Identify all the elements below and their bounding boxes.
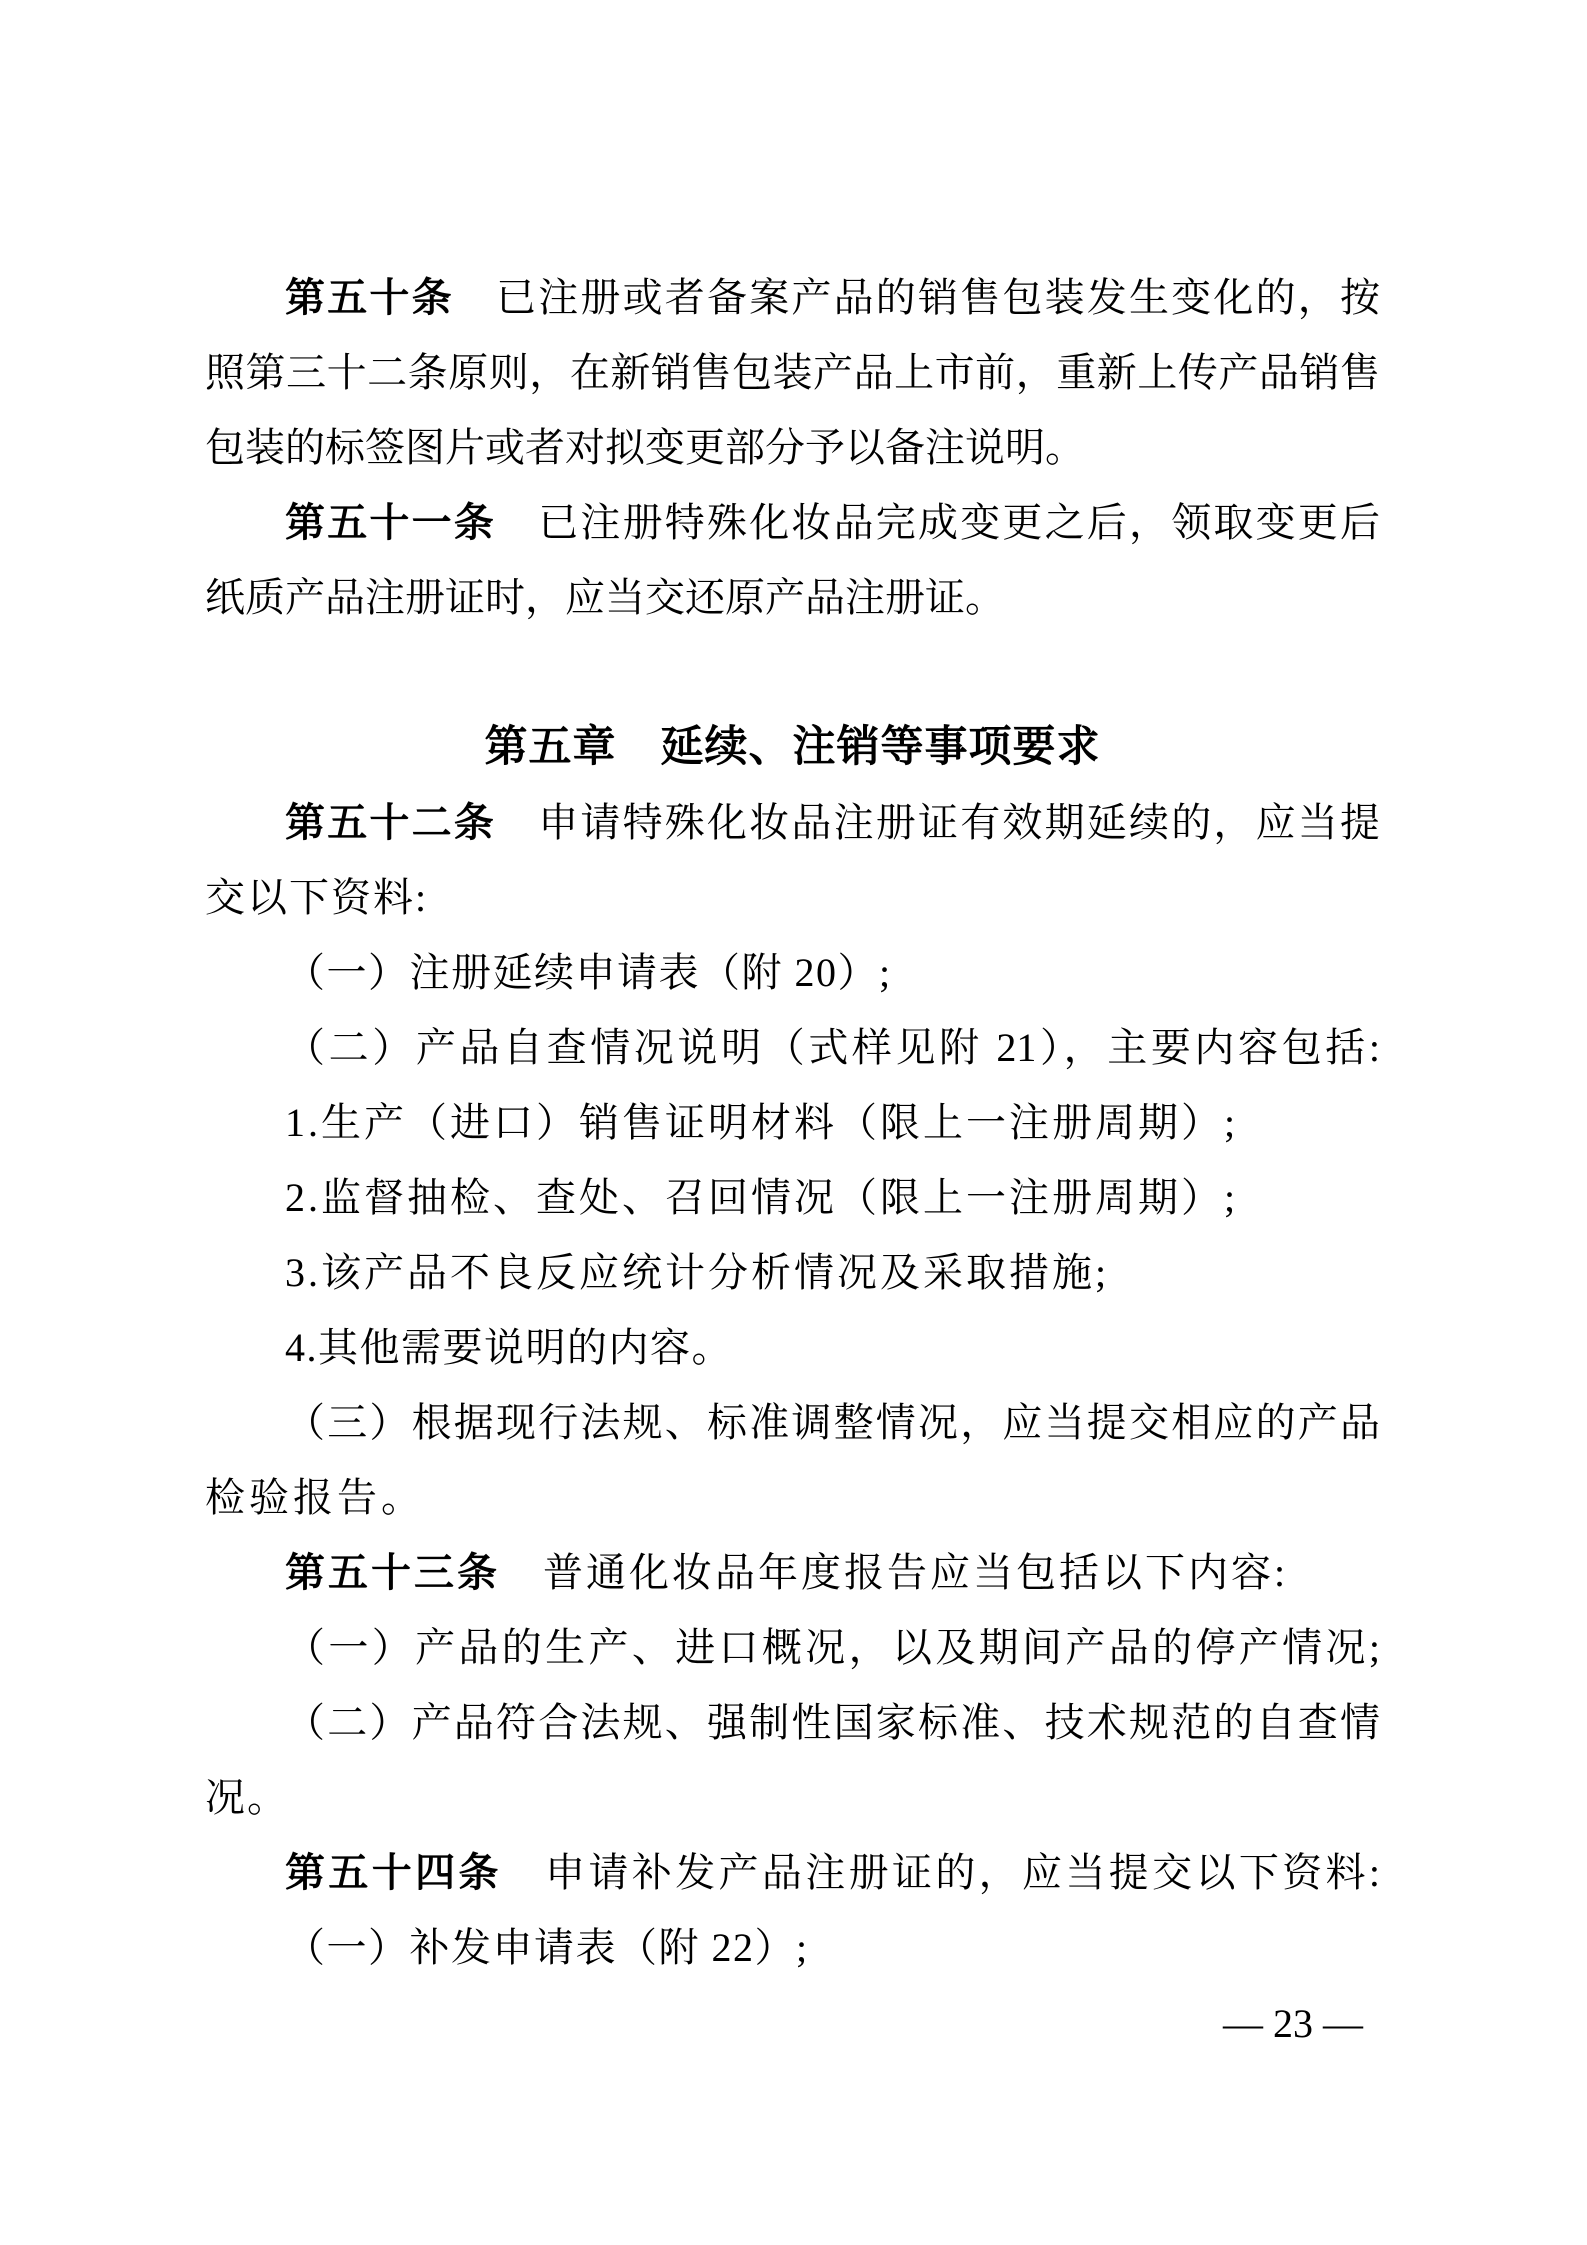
page-number: — 23 — [1223,2001,1363,2046]
document-line: 检验报告。 [205,1460,1380,1535]
line-text: 3.该产品不良反应统计分析情况及采取措施; [285,1250,1109,1295]
document-line: 第五十二条 申请特殊化妆品注册证有效期延续的，应当提 [205,785,1380,860]
blank-line [205,635,1380,710]
document-line: 况。 [205,1760,1380,1835]
document-line: 第五十一条 已注册特殊化妆品完成变更之后，领取变更后 [205,485,1380,560]
page-footer: — 23 — [1223,2002,1363,2046]
article-number: 第五十三条 [285,1550,500,1595]
document-line: 1.生产（进口）销售证明材料（限上一注册周期）; [205,1085,1380,1160]
document-line: （三）根据现行法规、标准调整情况，应当提交相应的产品 [205,1385,1380,1460]
document-line: 3.该产品不良反应统计分析情况及采取措施; [205,1235,1380,1310]
line-text: 检验报告。 [205,1475,425,1520]
line-text: 1.生产（进口）销售证明材料（限上一注册周期）; [285,1100,1238,1145]
line-text: （二）产品符合法规、强制性国家标准、技术规范的自查情 [285,1700,1380,1745]
line-text: 申请特殊化妆品注册证有效期延续的，应当提 [496,800,1380,845]
document-page: 第五十条 已注册或者备案产品的销售包装发生变化的，按照第三十二条原则，在新销售包… [0,0,1587,2245]
document-line: 4.其他需要说明的内容。 [205,1310,1380,1385]
document-line: （一）注册延续申请表（附 20）; [205,935,1380,1010]
document-line: 第五十条 已注册或者备案产品的销售包装发生变化的，按 [205,260,1380,335]
document-line: （一）补发申请表（附 22）; [205,1910,1380,1985]
line-text: （三）根据现行法规、标准调整情况，应当提交相应的产品 [285,1400,1380,1445]
line-text: 已注册特殊化妆品完成变更之后，领取变更后 [496,500,1380,545]
line-text: （一）产品的生产、进口概况，以及期间产品的停产情况; [285,1625,1380,1670]
article-number: 第五十二条 [285,800,496,845]
line-text: （一）注册延续申请表（附 20）; [285,950,892,995]
line-text: 2.监督抽检、查处、召回情况（限上一注册周期）; [285,1175,1238,1220]
document-line: （二）产品符合法规、强制性国家标准、技术规范的自查情 [205,1685,1380,1760]
article-number: 第五十条 [285,275,454,320]
document-line: （一）产品的生产、进口概况，以及期间产品的停产情况; [205,1610,1380,1685]
line-text: 况。 [205,1775,289,1820]
line-text: 普通化妆品年度报告应当包括以下内容: [500,1550,1288,1595]
chapter-heading: 第五章 延续、注销等事项要求 [205,710,1380,785]
document-line: 2.监督抽检、查处、召回情况（限上一注册周期）; [205,1160,1380,1235]
line-text: 纸质产品注册证时，应当交还原产品注册证。 [205,575,1005,620]
document-line: 包装的标签图片或者对拟变更部分予以备注说明。 [205,410,1380,485]
line-text: 交以下资料: [205,875,428,920]
line-text: 4.其他需要说明的内容。 [285,1325,733,1370]
article-number: 第五十四条 [285,1850,502,1895]
document-body: 第五十条 已注册或者备案产品的销售包装发生变化的，按照第三十二条原则，在新销售包… [205,260,1380,1985]
document-line: 照第三十二条原则，在新销售包装产品上市前，重新上传产品销售 [205,335,1380,410]
line-text: （二）产品自查情况说明（式样见附 21），主要内容包括: [285,1025,1380,1070]
document-line: 纸质产品注册证时，应当交还原产品注册证。 [205,560,1380,635]
line-text: 申请补发产品注册证的，应当提交以下资料: [502,1850,1380,1895]
document-line: （二）产品自查情况说明（式样见附 21），主要内容包括: [205,1010,1380,1085]
document-line: 交以下资料: [205,860,1380,935]
line-text: 已注册或者备案产品的销售包装发生变化的，按 [454,275,1380,320]
document-line: 第五十四条 申请补发产品注册证的，应当提交以下资料: [205,1835,1380,1910]
line-text: （一）补发申请表（附 22）; [285,1925,809,1970]
document-line: 第五十三条 普通化妆品年度报告应当包括以下内容: [205,1535,1380,1610]
line-text: 包装的标签图片或者对拟变更部分予以备注说明。 [205,425,1085,470]
line-text: 照第三十二条原则，在新销售包装产品上市前，重新上传产品销售 [205,350,1380,395]
article-number: 第五十一条 [285,500,496,545]
